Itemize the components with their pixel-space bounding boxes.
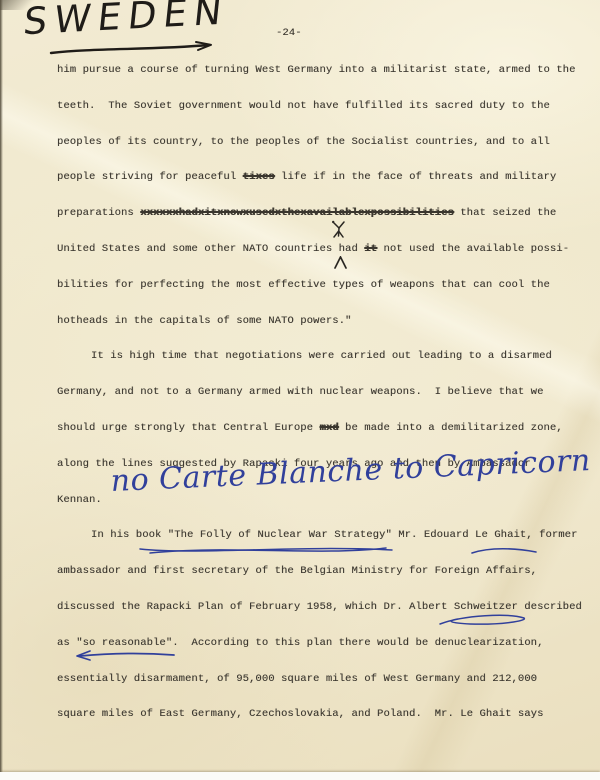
strikethrough-segment: xxxxxxhadxitxnowxusedxthexavailablexposs… xyxy=(140,207,454,219)
strikethrough-segment: it xyxy=(364,243,377,255)
typed-segment: In his book "The Folly of Nuclear War St… xyxy=(91,529,577,541)
insertion-caret-mark xyxy=(333,256,348,269)
typed-segment: him pursue a course of turning West Germ… xyxy=(57,64,575,76)
typed-segment: people striving for peaceful xyxy=(57,171,243,183)
typed-line: essentially disarmament, of 95,000 squar… xyxy=(57,673,597,709)
typed-line: people striving for peaceful tixes life … xyxy=(57,171,597,207)
strikethrough-segment: mxd xyxy=(319,422,338,434)
scanned-document-page: SWEDEN -24- him pursue a course of turni… xyxy=(0,0,600,780)
typed-line: peoples of its country, to the peoples o… xyxy=(57,136,597,172)
typed-line: United States and some other NATO countr… xyxy=(57,243,597,279)
typed-segment: preparations xyxy=(57,207,140,219)
underline-folly-title-mark xyxy=(138,543,396,558)
region-label-handwritten: SWEDEN xyxy=(21,0,230,43)
typed-segment: hotheads in the capitals of some NATO po… xyxy=(57,315,351,327)
typed-segment: not used the available possi- xyxy=(377,243,569,255)
typed-segment: be made into a demilitarized zone, xyxy=(339,422,563,434)
typed-line: teeth. The Soviet government would not h… xyxy=(57,100,597,136)
typed-line: hotheads in the capitals of some NATO po… xyxy=(57,315,597,351)
strikethrough-segment: tixes xyxy=(243,171,275,183)
underline-le-ghait-mark xyxy=(470,545,538,556)
typed-segment: that seized the xyxy=(454,207,556,219)
typed-line: Germany, and not to a Germany armed with… xyxy=(57,386,597,422)
typed-line: square miles of East Germany, Czechoslov… xyxy=(57,708,597,744)
typed-line: bilities for perfecting the most effecti… xyxy=(57,279,597,315)
underline-so-reasonable-arrow-mark xyxy=(72,649,178,662)
typed-segment: as "so reasonable". According to this pl… xyxy=(57,637,543,649)
typed-segment: Kennan. xyxy=(57,494,102,506)
typed-segment: peoples of its country, to the peoples o… xyxy=(57,136,550,148)
scan-edge-left xyxy=(0,0,3,772)
typed-segment: It is high time that negotiations were c… xyxy=(91,350,552,362)
typed-line: It is high time that negotiations were c… xyxy=(57,350,597,386)
typed-segment: United States and some other NATO countr… xyxy=(57,243,364,255)
underline-schweitzer-loop-mark xyxy=(436,611,530,630)
page-number: -24- xyxy=(276,27,302,39)
typed-segment: bilities for perfecting the most effecti… xyxy=(57,279,550,291)
sweden-underline-arrow-mark xyxy=(48,40,226,58)
typed-body: him pursue a course of turning West Germ… xyxy=(57,64,597,744)
typed-line: him pursue a course of turning West Germ… xyxy=(57,64,597,100)
typed-line: ambassador and first secretary of the Be… xyxy=(57,565,597,601)
insertion-doodle-mark xyxy=(330,219,348,241)
typed-line: Kennan. xyxy=(57,494,597,530)
typed-segment: essentially disarmament, of 95,000 squar… xyxy=(57,673,537,685)
typed-segment: life if in the face of threats and milit… xyxy=(275,171,557,183)
typed-segment: ambassador and first secretary of the Be… xyxy=(57,565,537,577)
scan-strip-bottom xyxy=(0,772,600,780)
typed-segment: Germany, and not to a Germany armed with… xyxy=(57,386,543,398)
typed-segment: should urge strongly that Central Europe xyxy=(57,422,319,434)
typed-segment: square miles of East Germany, Czechoslov… xyxy=(57,708,543,720)
typed-line: preparations xxxxxxhadxitxnowxusedxthexa… xyxy=(57,207,597,243)
typed-segment: teeth. The Soviet government would not h… xyxy=(57,100,550,112)
